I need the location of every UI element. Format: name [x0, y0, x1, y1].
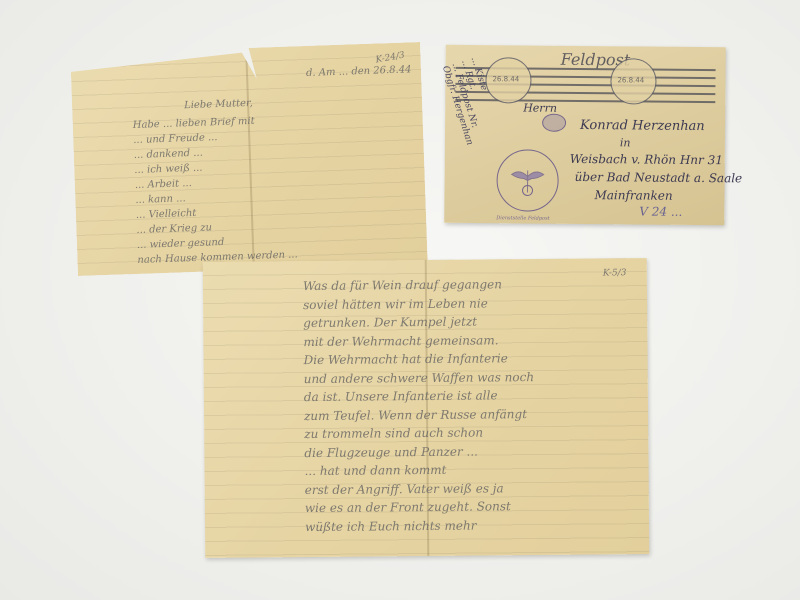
letter-two-line: zu trommeln sind auch schon [304, 426, 483, 442]
postmark-left: 26.8.44 [485, 57, 531, 103]
letter-one-line: ... Vielleicht [136, 208, 197, 221]
small-violet-stamp [542, 114, 566, 132]
letter-two-line: Die Wehrmacht hat die Infanterie [304, 351, 508, 367]
letter-two-line: soviel hätten wir im Leben nie [303, 296, 488, 312]
letter-two-line: zum Teufel. Wenn der Russe anfängt [304, 407, 527, 423]
letter-two-line: wüßte ich Euch nichts mehr [305, 518, 476, 533]
letter-two-line: wie es an der Front zugeht. Sonst [305, 499, 511, 515]
recipient-name: Konrad Herzenhan [580, 118, 705, 134]
letter-two-line: da ist. Unsere Infanterie ist alle [304, 388, 498, 404]
recipient-in: in [620, 136, 631, 149]
letter-two-page-number: K-5/3 [603, 268, 627, 278]
letter-two-line: erst der Angriff. Vater weiß es ja [305, 481, 504, 497]
recipient-town: Weisbach v. Rhön Hnr 31 [570, 152, 723, 167]
feldpost-envelope: Feldpost 26.8.44 26.8.44 Obgfr. Hergenha… [444, 45, 726, 225]
letter-two-line: getrunken. Der Kumpel jetzt [303, 315, 477, 331]
letter-two-line: Was da für Wein drauf gegangen [303, 277, 502, 293]
seal-caption: Dienststelle Feldpost [496, 215, 549, 221]
recipient-via: über Bad Neustadt a. Saale [575, 170, 743, 185]
recipient-salutation: Herrn [523, 101, 557, 114]
postmark-right: 26.8.44 [610, 58, 656, 104]
letter-two-line: die Flugzeuge und Panzer ... [304, 444, 478, 460]
eagle-icon [497, 150, 558, 211]
letter-one-line: ... ich weiß ... [134, 163, 203, 176]
recipient-region: Mainfranken [594, 188, 672, 203]
letter-one-line: ... Arbeit ... [135, 178, 192, 191]
letter-two-line: ... hat und dann kommt [304, 463, 446, 478]
eagle-seal [496, 149, 559, 212]
letter-one: K-24/3 d. Am ... den 26.8.44 Liebe Mutte… [70, 42, 428, 276]
letter-two-line: und andere schwere Waffen was noch [304, 370, 534, 386]
pencil-marks: V 24 ... [639, 204, 682, 218]
letter-two: K-5/3 Was da für Wein drauf gegangensovi… [203, 258, 650, 558]
letter-one-line: ... kann ... [135, 193, 186, 206]
letter-two-line: mit der Wehrmacht gemeinsam. [303, 333, 498, 349]
